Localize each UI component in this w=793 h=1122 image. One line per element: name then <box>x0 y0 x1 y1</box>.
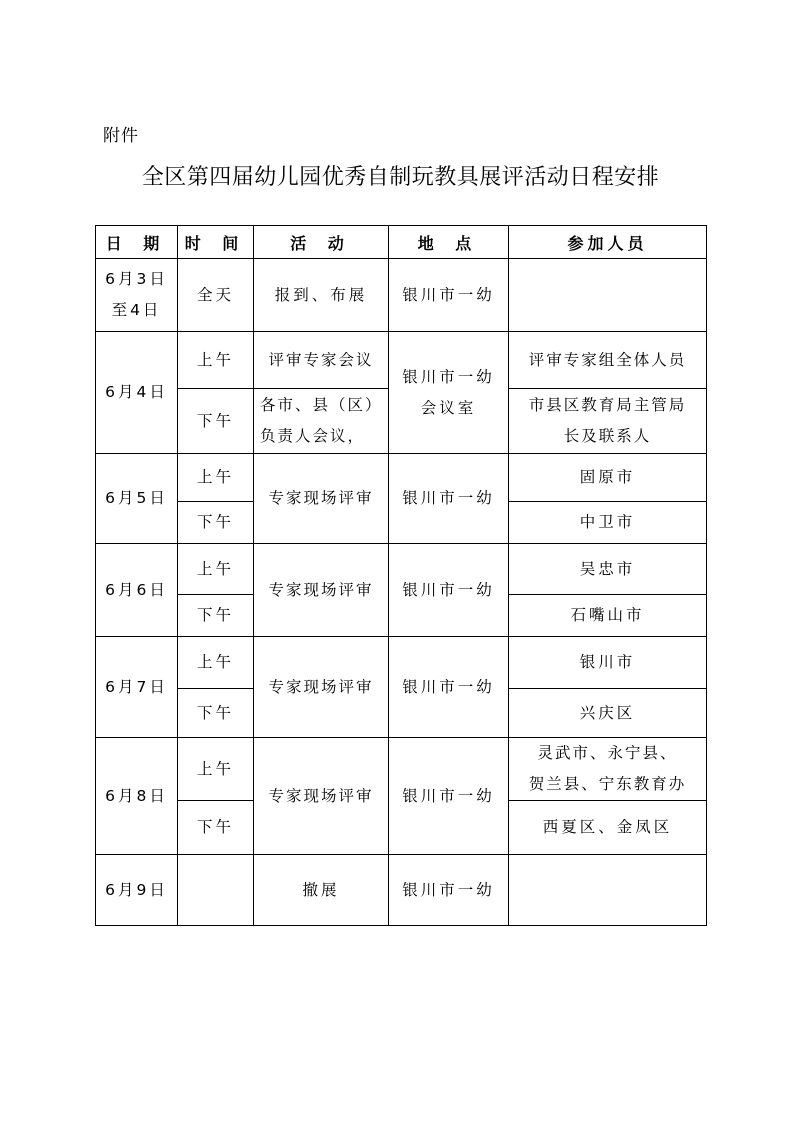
activity-cell: 专家现场评审 <box>254 544 389 637</box>
time-cell <box>178 855 254 926</box>
location-cell: 银川市一幼 <box>389 738 509 855</box>
time-cell: 上午 <box>178 637 254 689</box>
table-row: 6月8日 上午 专家现场评审 银川市一幼 灵武市、永宁县、 贺兰县、宁东教育办 <box>96 738 707 801</box>
activity-cell: 评审专家会议 <box>254 332 389 389</box>
table-header-row: 日 期 时 间 活 动 地 点 参加人员 <box>96 226 707 259</box>
location-cell: 银川市一幼 <box>389 544 509 637</box>
table-row: 6月5日 上午 专家现场评审 银川市一幼 固原市 <box>96 454 707 502</box>
schedule-table: 日 期 时 间 活 动 地 点 参加人员 6月3日 至4日 全天 报到、布展 银… <box>95 225 707 926</box>
time-cell: 下午 <box>178 595 254 637</box>
activity-cell: 各市、县（区） 负责人会议， <box>254 389 389 454</box>
attachment-label: 附件 <box>103 121 139 146</box>
participants-cell: 中卫市 <box>509 502 707 544</box>
location-cell: 银川市一幼 会议室 <box>389 332 509 454</box>
date-cell: 6月7日 <box>96 637 178 738</box>
activity-cell: 专家现场评审 <box>254 738 389 855</box>
activity-line: 负责人会议， <box>260 421 386 452</box>
time-cell: 上午 <box>178 544 254 595</box>
participants-line: 贺兰县、宁东教育办 <box>511 769 704 800</box>
time-cell: 上午 <box>178 332 254 389</box>
header-activity: 活 动 <box>254 226 389 259</box>
participants-cell <box>509 259 707 332</box>
location-cell: 银川市一幼 <box>389 637 509 738</box>
date-cell: 6月5日 <box>96 454 178 544</box>
participants-line: 灵武市、永宁县、 <box>511 738 704 769</box>
location-cell: 银川市一幼 <box>389 454 509 544</box>
activity-cell: 专家现场评审 <box>254 454 389 544</box>
location-line: 银川市一幼 <box>391 362 506 393</box>
time-cell: 上午 <box>178 454 254 502</box>
date-line: 6月3日 <box>98 264 175 295</box>
participants-cell: 吴忠市 <box>509 544 707 595</box>
date-line: 至4日 <box>98 295 175 326</box>
activity-cell: 专家现场评审 <box>254 637 389 738</box>
participants-cell <box>509 855 707 926</box>
table-row: 6月9日 撤展 银川市一幼 <box>96 855 707 926</box>
location-cell: 银川市一幼 <box>389 855 509 926</box>
header-date: 日 期 <box>96 226 178 259</box>
participants-cell: 市县区教育局主管局 长及联系人 <box>509 389 707 454</box>
time-cell: 下午 <box>178 689 254 738</box>
participants-cell: 西夏区、金凤区 <box>509 801 707 855</box>
table-row: 6月6日 上午 专家现场评审 银川市一幼 吴忠市 <box>96 544 707 595</box>
time-cell: 下午 <box>178 502 254 544</box>
location-line: 会议室 <box>391 393 506 424</box>
date-cell: 6月8日 <box>96 738 178 855</box>
participants-cell: 石嘴山市 <box>509 595 707 637</box>
participants-cell: 兴庆区 <box>509 689 707 738</box>
date-cell: 6月3日 至4日 <box>96 259 178 332</box>
participants-line: 市县区教育局主管局 <box>511 390 704 421</box>
table-row: 6月4日 上午 评审专家会议 银川市一幼 会议室 评审专家组全体人员 <box>96 332 707 389</box>
activity-cell: 撤展 <box>254 855 389 926</box>
header-time: 时 间 <box>178 226 254 259</box>
participants-cell: 评审专家组全体人员 <box>509 332 707 389</box>
date-cell: 6月9日 <box>96 855 178 926</box>
participants-line: 长及联系人 <box>511 421 704 452</box>
document-title: 全区第四届幼儿园优秀自制玩教具展评活动日程安排 <box>0 160 793 191</box>
activity-line: 各市、县（区） <box>260 390 386 421</box>
time-cell: 上午 <box>178 738 254 801</box>
date-cell: 6月4日 <box>96 332 178 454</box>
time-cell: 下午 <box>178 801 254 855</box>
participants-cell: 固原市 <box>509 454 707 502</box>
table-row: 6月3日 至4日 全天 报到、布展 银川市一幼 <box>96 259 707 332</box>
location-cell: 银川市一幼 <box>389 259 509 332</box>
table-row: 6月7日 上午 专家现场评审 银川市一幼 银川市 <box>96 637 707 689</box>
date-cell: 6月6日 <box>96 544 178 637</box>
participants-cell: 灵武市、永宁县、 贺兰县、宁东教育办 <box>509 738 707 801</box>
activity-cell: 报到、布展 <box>254 259 389 332</box>
time-cell: 下午 <box>178 389 254 454</box>
header-participants: 参加人员 <box>509 226 707 259</box>
header-location: 地 点 <box>389 226 509 259</box>
participants-cell: 银川市 <box>509 637 707 689</box>
time-cell: 全天 <box>178 259 254 332</box>
